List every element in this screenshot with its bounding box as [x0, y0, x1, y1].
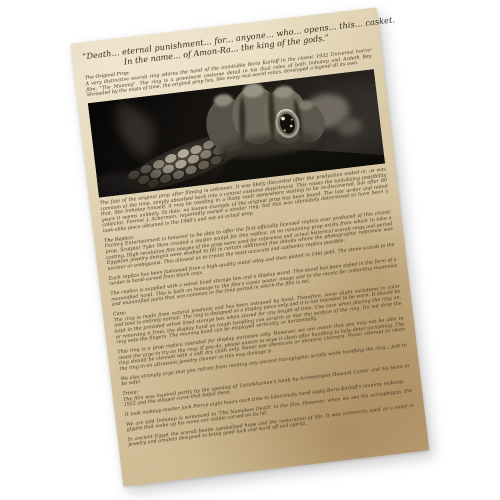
photo-backdrop: “Death... eternal punishment... for... a… — [0, 0, 500, 500]
parchment-info-sheet: “Death... eternal punishment... for... a… — [71, 7, 430, 486]
